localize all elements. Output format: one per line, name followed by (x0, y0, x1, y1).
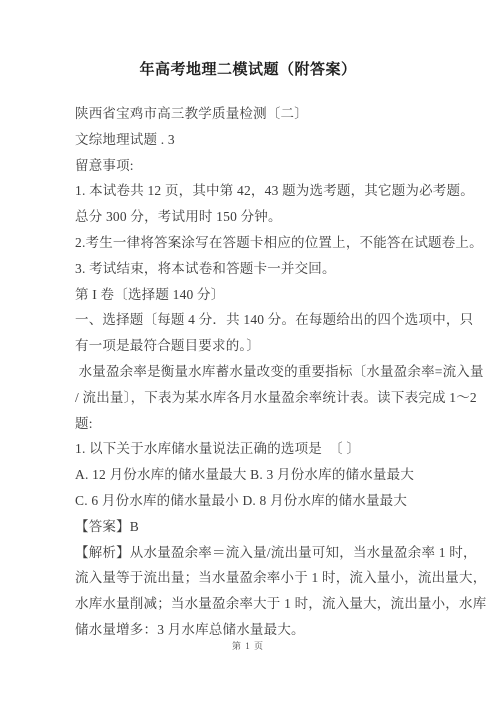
passage-line-3: 题: (75, 411, 456, 437)
notice-heading: 留意事项: (75, 153, 456, 179)
notice-item-1-cont: 总分 300 分，考试用时 150 分钟。 (75, 204, 456, 230)
analysis-line-2: 流入量等于流出量；当水量盈余率小于 1 时，流入量小，流出量大， (75, 565, 456, 591)
section-intro-line-2: 有一项是最符合题目要求的。〕 (75, 333, 456, 359)
analysis-line-3: 水库水量削减；当水量盈余率大于 1 时，流入量大，流出量小，水库 (75, 591, 456, 617)
analysis-line-1: 【解析】从水量盈余率＝流入量/流出量可知，当水量盈余率 1 时， (75, 540, 456, 566)
notice-item-3: 3. 考试结束，将本试卷和答题卡一并交回。 (75, 256, 456, 282)
document-page: 年高考地理二模试题（附答案） 陕西省宝鸡市高三教学质量检测〔二〕 文综地理试题 … (0, 0, 496, 702)
section-heading: 第 I 卷〔选择题 140 分〕 (75, 282, 456, 308)
question-1-stem: 1. 以下关于水库储水量说法正确的选项是 〔 〕 (75, 436, 456, 462)
question-1-options-cd: C. 6 月份水库的储水量最小 D. 8 月份水库的储水量最大 (75, 488, 456, 514)
question-1-options-ab: A. 12 月份水库的储水量最大 B. 3 月份水库的储水量最大 (75, 462, 456, 488)
document-body: 陕西省宝鸡市高三教学质量检测〔二〕 文综地理试题 . 3 留意事项: 1. 本试… (0, 101, 496, 643)
region-subtitle: 陕西省宝鸡市高三教学质量检测〔二〕 (75, 101, 456, 127)
exam-subject-line: 文综地理试题 . 3 (75, 127, 456, 153)
passage-line-2: / 流出量〕，下表为某水库各月水量盈余率统计表。读下表完成 1～2 (75, 385, 456, 411)
page-number-footer: 第 1 页 (0, 639, 496, 652)
section-intro-line-1: 一、选择题〔每题 4 分．共 140 分。在每题给出的四个选项中，只 (75, 307, 456, 333)
passage-line-1: 水量盈余率是衡量水库蓄水量改变的重要指标〔水量盈余率=流入量 (75, 359, 456, 385)
document-title: 年高考地理二模试题（附答案） (0, 0, 496, 79)
answer-line: 【答案】B (75, 514, 456, 540)
notice-item-2: 2.考生一律将答案涂写在答题卡相应的位置上，不能答在试题卷上。 (75, 230, 456, 256)
notice-item-1: 1. 本试卷共 12 页，其中第 42，43 题为选考题，其它题为必考题。 (75, 178, 456, 204)
